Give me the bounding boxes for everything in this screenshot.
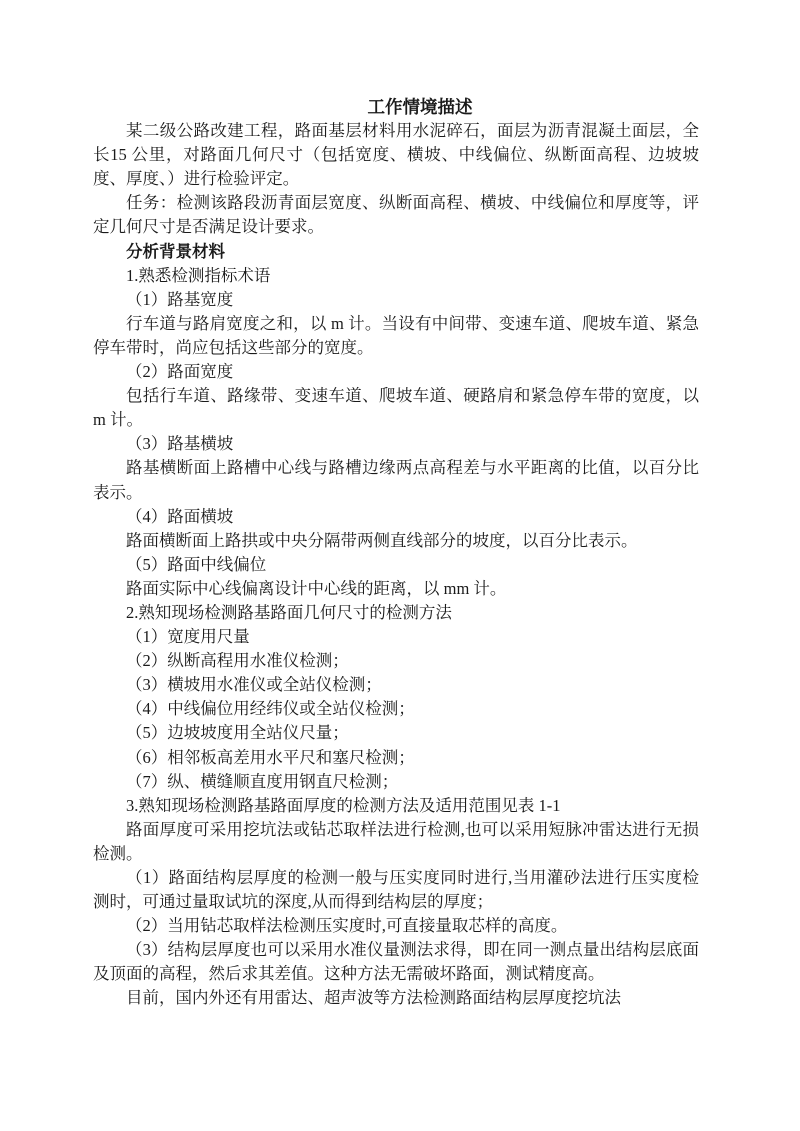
list-item: （5）路面中线偏位 bbox=[93, 553, 699, 577]
paragraph: 2.熟知现场检测路基路面几何尺寸的检测方法 bbox=[93, 601, 699, 625]
list-item: （4）中线偏位用经纬仪或全站仪检测； bbox=[93, 697, 699, 721]
paragraph: 任务：检测该路段沥青面层宽度、纵断面高程、横坡、中线偏位和厚度等，评定几何尺寸是… bbox=[93, 191, 699, 239]
list-item: （2）当用钻芯取样法检测压实度时,可直接量取芯样的高度。 bbox=[93, 914, 699, 938]
list-item: （1）路基宽度 bbox=[93, 288, 699, 312]
paragraph: 3.熟知现场检测路基路面厚度的检测方法及适用范围见表 1-1 bbox=[93, 794, 699, 818]
list-item: （2）路面宽度 bbox=[93, 360, 699, 384]
list-item: （3）结构层厚度也可以采用水准仪量测法求得，即在同一测点量出结构层底面及顶面的高… bbox=[93, 938, 699, 986]
paragraph: 某二级公路改建工程，路面基层材料用水泥碎石，面层为沥青混凝土面层，全长15 公里… bbox=[93, 119, 699, 191]
page-title: 工作情境描述 bbox=[141, 95, 699, 119]
document-body: 工作情境描述 某二级公路改建工程，路面基层材料用水泥碎石，面层为沥青混凝土面层，… bbox=[93, 95, 699, 1011]
paragraph: 路面实际中心线偏离设计中心线的距离，以 mm 计。 bbox=[93, 577, 699, 601]
list-item: （1）宽度用尺量 bbox=[93, 625, 699, 649]
list-item: （4）路面横坡 bbox=[93, 505, 699, 529]
paragraph: 路基横断面上路槽中心线与路槽边缘两点高程差与水平距离的比值，以百分比表示。 bbox=[93, 456, 699, 504]
list-item: （7）纵、横缝顺直度用钢直尺检测； bbox=[93, 770, 699, 794]
list-item: （1）路面结构层厚度的检测一般与压实度同时进行,当用灌砂法进行压实度检测时，可通… bbox=[93, 866, 699, 914]
paragraph: 目前，国内外还有用雷达、超声波等方法检测路面结构层厚度挖坑法 bbox=[93, 986, 699, 1010]
section-heading: 分析背景材料 bbox=[93, 240, 699, 264]
paragraph: 1.熟悉检测指标术语 bbox=[93, 264, 699, 288]
list-item: （3）路基横坡 bbox=[93, 432, 699, 456]
list-item: （3）横坡用水准仪或全站仪检测； bbox=[93, 673, 699, 697]
paragraph: 路面横断面上路拱或中央分隔带两侧直线部分的坡度，以百分比表示。 bbox=[93, 529, 699, 553]
list-item: （2）纵断高程用水准仪检测； bbox=[93, 649, 699, 673]
document-page: 工作情境描述 某二级公路改建工程，路面基层材料用水泥碎石，面层为沥青混凝土面层，… bbox=[0, 0, 800, 1131]
paragraph: 包括行车道、路缘带、变速车道、爬坡车道、硬路肩和紧急停车带的宽度，以 m 计。 bbox=[93, 384, 699, 432]
paragraph: 路面厚度可采用挖坑法或钻芯取样法进行检测,也可以采用短脉冲雷达进行无损检测。 bbox=[93, 818, 699, 866]
paragraph: 行车道与路肩宽度之和，以 m 计。当设有中间带、变速车道、爬坡车道、紧急停车带时… bbox=[93, 312, 699, 360]
list-item: （6）相邻板高差用水平尺和塞尺检测； bbox=[93, 746, 699, 770]
list-item: （5）边坡坡度用全站仪尺量； bbox=[93, 721, 699, 745]
